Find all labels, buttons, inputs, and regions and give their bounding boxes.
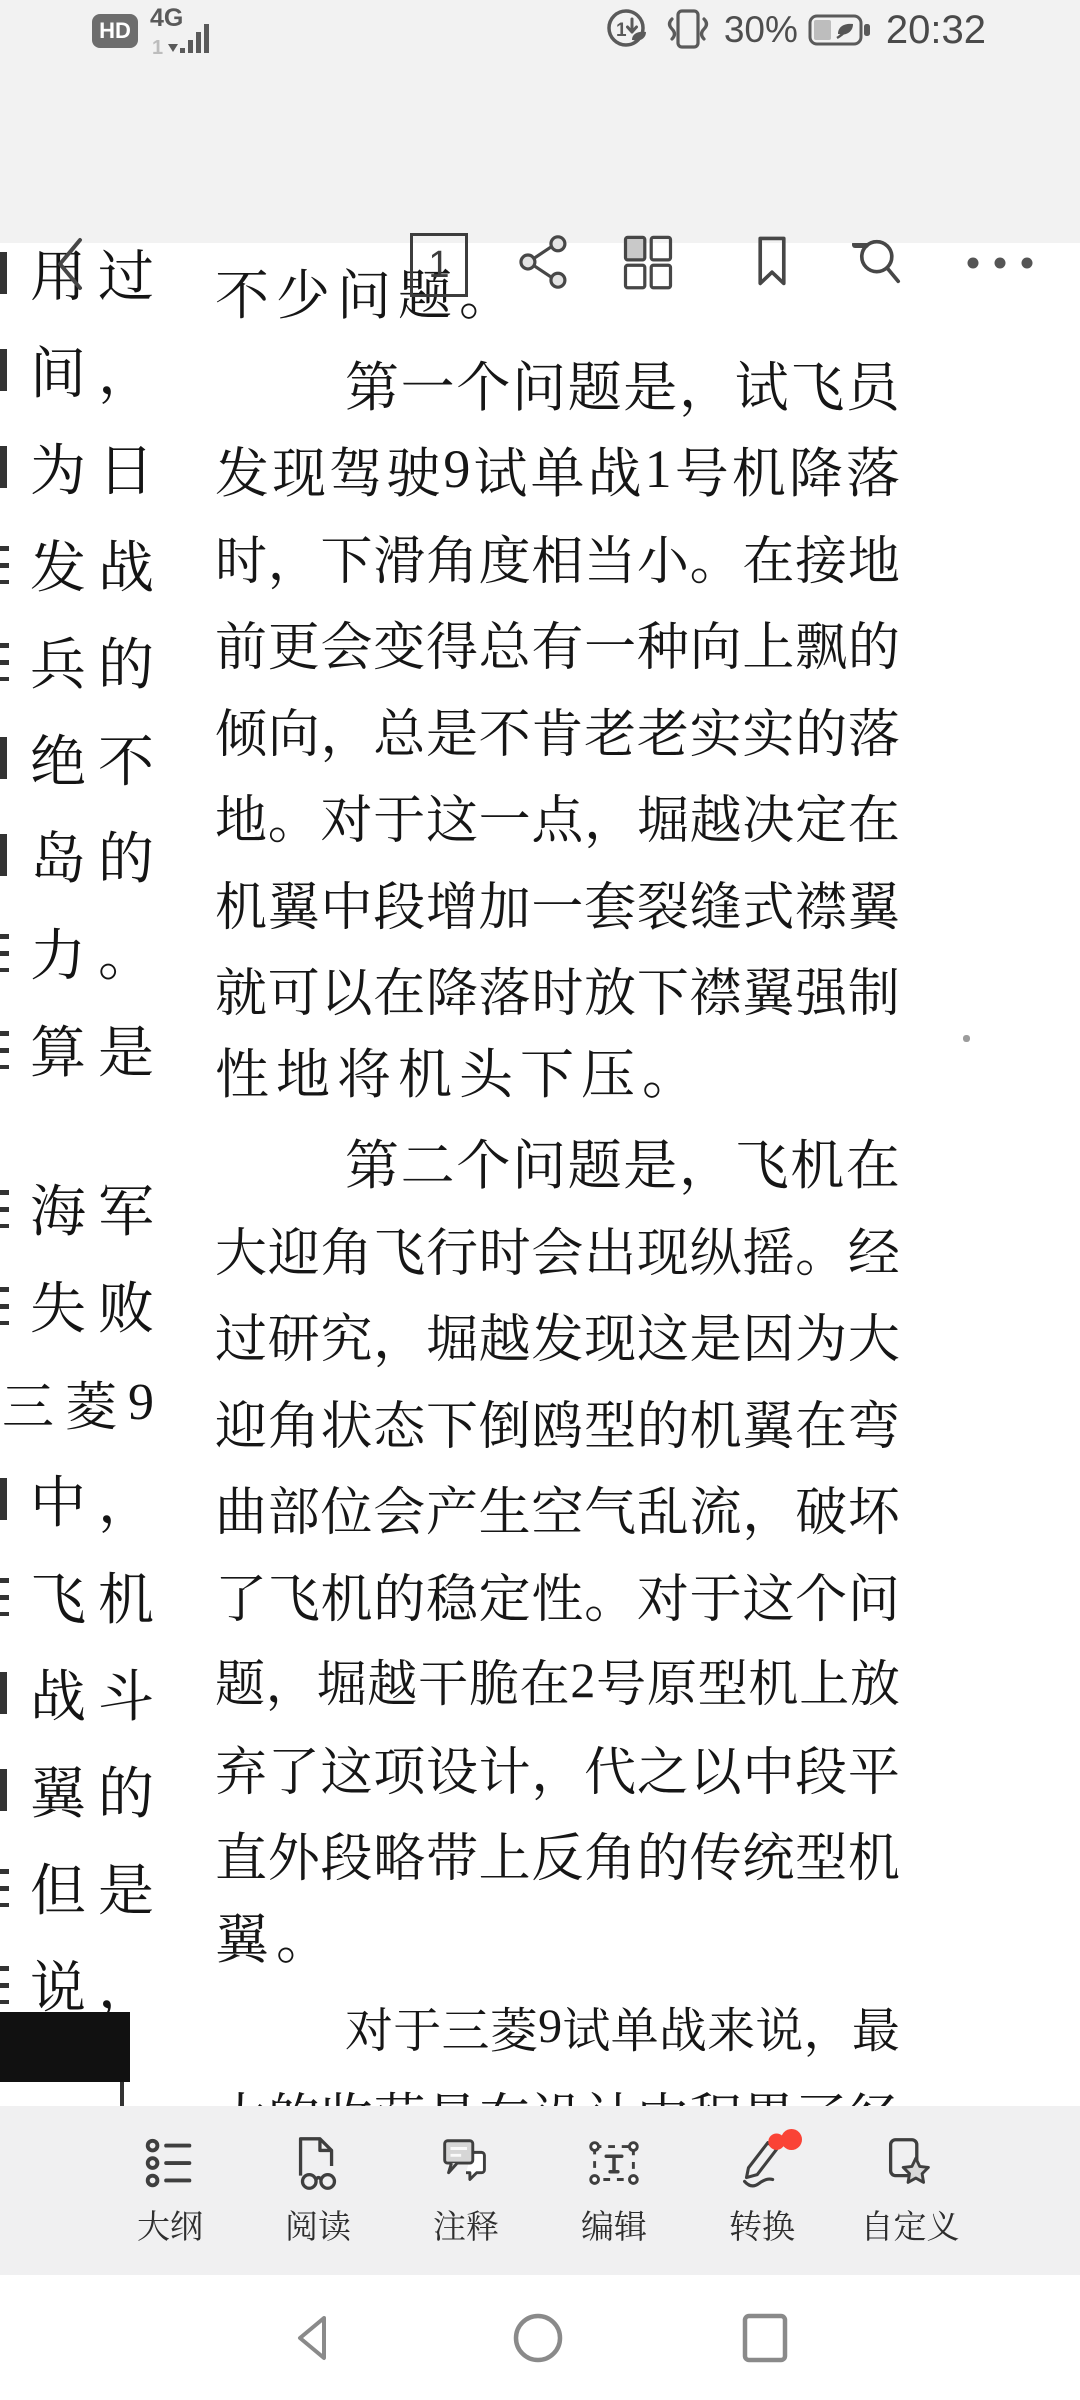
status-left: HD 4G 1 <box>92 6 220 56</box>
text-line: 时，下滑角度相当小。在接地 <box>215 527 900 585</box>
left-column-line: 说， <box>0 1955 175 2013</box>
left-column-text: 算是 <box>30 1020 154 1078</box>
tool-convert[interactable]: 转换 <box>696 2133 828 2248</box>
left-column-line: 算是 <box>0 1020 175 1078</box>
clipped-char-fragment <box>0 1869 9 1907</box>
document-page[interactable]: 用过间，为日发战兵的绝不岛的力。算是海军失败三菱9中，飞机战斗翼的但是说， 不少… <box>0 243 1080 2106</box>
clipped-char-fragment <box>0 1966 9 2004</box>
tool-label: 大纲 <box>137 2201 203 2248</box>
tool-label: 阅读 <box>285 2201 351 2248</box>
clipped-char-fragment <box>0 1031 9 1069</box>
left-column-line: 绝不 <box>0 729 175 787</box>
clipped-char-fragment <box>0 1672 7 1714</box>
left-column-text: 用过 <box>30 244 154 302</box>
clipped-char-fragment <box>0 643 9 681</box>
text-line: 直外段略带上反角的传统型机 <box>215 1824 900 1882</box>
tool-outline[interactable]: 大纲 <box>104 2133 236 2248</box>
text-line: 对于三菱9试单战来说，最 <box>345 1997 900 2055</box>
clipped-char-fragment <box>0 1287 9 1325</box>
photo-corner <box>0 2012 130 2082</box>
thumbnails-icon[interactable] <box>618 232 678 292</box>
left-column-line: 失败 <box>0 1276 175 1334</box>
text-line: 第二个问题是，飞机在 <box>345 1132 900 1190</box>
left-column-line: 三菱9 <box>0 1373 175 1431</box>
status-bar: HD 4G 1 1 <box>0 0 1080 58</box>
annotate-icon <box>435 2133 497 2195</box>
text-line: 机翼中段增加一套裂缝式襟翼 <box>215 873 900 931</box>
left-column-text: 但是 <box>30 1858 154 1916</box>
status-right: 1 30% 20:32 <box>604 4 986 56</box>
clipped-char-fragment <box>0 349 7 391</box>
left-column-line: 海军 <box>0 1179 175 1237</box>
tool-annotate[interactable]: 注释 <box>400 2133 532 2248</box>
text-line: 不少问题。 <box>215 267 520 325</box>
text-line: 翼。 <box>215 1911 337 1969</box>
clipped-char-fragment <box>0 834 7 876</box>
text-line: 弃了这项设计，代之以中段平 <box>215 1738 900 1796</box>
text-line: 就可以在降落时放下襟翼强制 <box>215 959 900 1017</box>
reader-toolbar: 1 <box>0 100 1080 243</box>
more-icon[interactable] <box>962 252 1038 274</box>
left-column-text: 三菱9 <box>2 1373 154 1431</box>
data-saver-icon: 1 <box>604 6 652 54</box>
left-column-text: 翼的 <box>30 1761 154 1819</box>
network-type-label: 4G <box>150 4 183 33</box>
phone-screen: HD 4G 1 1 <box>0 0 1080 2400</box>
left-column-line: 中， <box>0 1470 175 1528</box>
battery-percent-label: 30% <box>724 9 798 51</box>
back-icon[interactable] <box>50 234 90 294</box>
left-column-line: 为日 <box>0 438 175 496</box>
text-line: 前更会变得总有一种向上飘的 <box>215 613 900 671</box>
left-column-line: 岛的 <box>0 826 175 884</box>
vibrate-icon <box>662 4 714 56</box>
text-line: 发现驾驶9试单战1号机降落 <box>215 440 900 498</box>
left-column-text: 为日 <box>30 438 154 496</box>
left-column-text: 失败 <box>30 1276 154 1334</box>
bookmark-icon[interactable] <box>742 232 802 292</box>
tool-read[interactable]: 阅读 <box>252 2133 384 2248</box>
text-line: 地。对于这一点，堀越决定在 <box>215 786 900 844</box>
tool-label: 注释 <box>433 2201 499 2248</box>
tool-customize[interactable]: 自定义 <box>844 2133 976 2248</box>
left-column-text: 海军 <box>30 1179 154 1237</box>
left-column-text: 战斗 <box>30 1664 154 1722</box>
left-column-text: 兵的 <box>30 632 154 690</box>
text-line: 曲部位会产生空气乱流，破坏 <box>215 1478 900 1536</box>
left-column-line: 间， <box>0 341 175 399</box>
clipped-char-fragment <box>0 1578 9 1616</box>
left-column-text: 岛的 <box>30 826 154 884</box>
left-column-text: 间， <box>30 341 154 399</box>
left-column-text: 中， <box>30 1470 154 1528</box>
clipped-char-fragment <box>0 934 9 972</box>
left-column-text: 发战 <box>30 535 154 593</box>
left-column-text: 飞机 <box>30 1567 154 1625</box>
clock-label: 20:32 <box>886 8 986 53</box>
photo-border-line <box>120 2082 124 2106</box>
nav-back-button[interactable] <box>290 2311 336 2365</box>
notification-dot <box>781 2129 802 2150</box>
left-column-text: 绝不 <box>30 729 154 787</box>
clipped-char-fragment <box>0 737 7 779</box>
left-column-text: 说， <box>30 1955 154 2013</box>
text-line: 性地将机头下压。 <box>215 1046 703 1104</box>
left-column-line: 战斗 <box>0 1664 175 1722</box>
text-line: 大迎角飞行时会出现纵摇。经 <box>215 1219 900 1277</box>
nav-recents-button[interactable] <box>740 2311 790 2365</box>
page-number-box[interactable]: 1 <box>410 233 468 297</box>
clipped-char-fragment <box>0 1769 7 1811</box>
left-column-line: 飞机 <box>0 1567 175 1625</box>
hd-icon: HD <box>92 14 138 48</box>
text-line: 题，堀越干脆在2号原型机上放 <box>215 1651 900 1709</box>
text-line: 迎角状态下倒鸥型的机翼在弯 <box>215 1392 900 1450</box>
bottom-toolbar: 大纲阅读注释编辑转换自定义 <box>0 2106 1080 2275</box>
tool-label: 自定义 <box>861 2201 960 2248</box>
read-icon <box>287 2133 349 2195</box>
customize-icon <box>879 2133 941 2195</box>
left-column-line: 发战 <box>0 535 175 593</box>
left-column-line: 兵的 <box>0 632 175 690</box>
edit-icon <box>583 2133 645 2195</box>
clipped-char-fragment <box>0 252 7 294</box>
clipped-char-fragment <box>0 1190 9 1228</box>
text-line: 倾向，总是不肯老老实实的落 <box>215 700 900 758</box>
svg-text:1: 1 <box>616 20 627 41</box>
text-line: 了飞机的稳定性。对于这个问 <box>215 1565 900 1623</box>
svg-text:1: 1 <box>152 37 163 56</box>
left-column-line: 力。 <box>0 923 175 981</box>
battery-saver-icon <box>808 12 872 48</box>
top-bar: HD 4G 1 1 <box>0 0 1080 243</box>
search-icon[interactable] <box>850 232 910 292</box>
outline-icon <box>139 2133 201 2195</box>
tool-label: 转换 <box>729 2201 795 2248</box>
left-column-line: 翼的 <box>0 1761 175 1819</box>
clipped-char-fragment <box>0 546 9 584</box>
tool-label: 编辑 <box>581 2201 647 2248</box>
left-column-line: 但是 <box>0 1858 175 1916</box>
left-column-text: 力。 <box>30 923 154 981</box>
navigation-bar <box>0 2275 1080 2400</box>
clipped-char-fragment <box>0 446 7 488</box>
tool-edit[interactable]: 编辑 <box>548 2133 680 2248</box>
text-line: 第一个问题是，试飞员 <box>345 354 900 412</box>
nav-home-button[interactable] <box>511 2311 565 2365</box>
text-line: 过研究，堀越发现这是因为大 <box>215 1305 900 1363</box>
clipped-char-fragment <box>0 1478 7 1520</box>
signal-bars-icon: 4G 1 <box>150 6 220 56</box>
scan-speck <box>963 1035 970 1042</box>
share-icon[interactable] <box>514 232 574 292</box>
